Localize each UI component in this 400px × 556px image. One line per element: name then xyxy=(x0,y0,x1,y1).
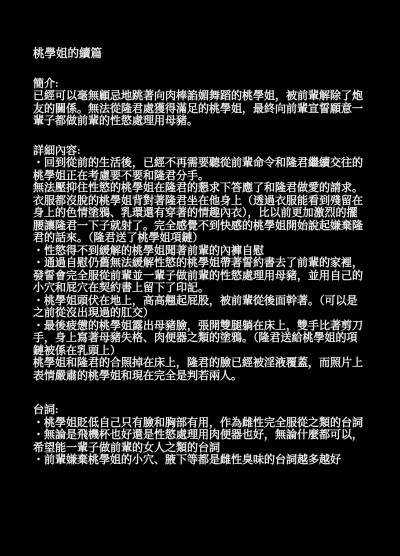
section-heading-dialogue: 台詞: xyxy=(33,404,374,417)
text-line: ・桃學姐頭伏在地上，高高翹起屁股，被前輩從後面幹著。（可以是 xyxy=(33,295,374,308)
text-line: ・最後疲憊的桃學姐露出母豬臉，張開雙腿躺在床上，雙手比著剪刀 xyxy=(33,320,374,333)
text-line: 表情嚴肅的桃學姐和現在完全是判若兩人。 xyxy=(33,370,374,383)
section-details: 詳細內容: ・回到從前的生活後，已經不再需要聽從前輩命令和隆君繼續交往的 桃學姐… xyxy=(33,145,374,383)
text-line: 發誓會完全服從前輩並一輩子做前輩的性慾處理用母豬，並用自己的 xyxy=(33,270,374,283)
text-line: 桃學姐正在考慮要不要和隆君分手。 xyxy=(33,170,374,183)
text-line: 腰讓隆君一下子就射了。完全感覺不到快感的桃學姐開始說起嫌棄隆 xyxy=(33,220,374,233)
section-dialogue: 台詞: ・桃學姐貶低自己只有臉和胸部有用，作為雌性完全服從之類的台詞 ・無論是飛… xyxy=(33,404,374,467)
text-line: ・桃學姐貶低自己只有臉和胸部有用，作為雌性完全服從之類的台詞 xyxy=(33,417,374,430)
section-heading-intro: 簡介: xyxy=(33,78,374,91)
text-line: 桃學姐和隆君的合照掉在床上，隆君的臉已經被淫液覆蓋，而照片上 xyxy=(33,357,374,370)
section-heading-details: 詳細內容: xyxy=(33,145,374,158)
text-line: 希望能一輩子做前輩的女人之類的台詞 xyxy=(33,442,374,455)
document-page: 桃學姐的續篇 簡介: 已經可以毫無顧忌地跳著向肉棒諂媚舞蹈的桃學姐，被前輩解除了… xyxy=(0,0,400,556)
text-line: ・前輩嫌棄桃學姐的小穴、腋下等都是雌性臭味的台詞越多越好 xyxy=(33,454,374,467)
text-line: ・通過自慰仍舊無法緩解性慾的桃學姐帶著誓約書去了前輩的家裡， xyxy=(33,257,374,270)
text-line: 輩子都做前輩的性慾處理用母豬。 xyxy=(33,115,374,128)
text-line: 友的關係。無法從隆君處獲得滿足的桃學姐，最終向前輩宣誓願意一 xyxy=(33,103,374,116)
text-line: 之前從沒出現過的肛交） xyxy=(33,307,374,320)
page-title: 桃學姐的續篇 xyxy=(33,48,374,61)
text-line: 身上的色情塗鴉、乳環還有穿著的情趣內衣），比以前更加激烈的擺 xyxy=(33,207,374,220)
text-line: 已經可以毫無顧忌地跳著向肉棒諂媚舞蹈的桃學姐，被前輩解除了炮 xyxy=(33,90,374,103)
text-line: 鏈被係在乳頭上） xyxy=(33,345,374,358)
text-line: ・回到從前的生活後，已經不再需要聽從前輩命令和隆君繼續交往的 xyxy=(33,157,374,170)
text-line: ・無論是飛機杯也好還是性慾處理用肉便器也好，無論什麼都可以， xyxy=(33,429,374,442)
text-line: 小穴和屁穴在契約書上留下了印記。 xyxy=(33,282,374,295)
text-line: 無法壓抑住性慾的桃學姐在隆君的懇求下答應了和隆君做愛的請求。 xyxy=(33,182,374,195)
section-intro: 簡介: 已經可以毫無顧忌地跳著向肉棒諂媚舞蹈的桃學姐，被前輩解除了炮 友的關係。… xyxy=(33,78,374,128)
text-line: 衣服都沒脫的桃學姐背對著隆君坐在他身上（透過衣服能看到殘留在 xyxy=(33,195,374,208)
text-line: ・性慾得不到緩解的桃學姐聞著前輩的內褲自慰 xyxy=(33,245,374,258)
text-line: 手，身上寫著母豬失格、肉便器之類的塗鴉。（隆君送給桃學姐的項 xyxy=(33,332,374,345)
text-line: 君的話來。（隆君送了桃學姐項鏈） xyxy=(33,232,374,245)
